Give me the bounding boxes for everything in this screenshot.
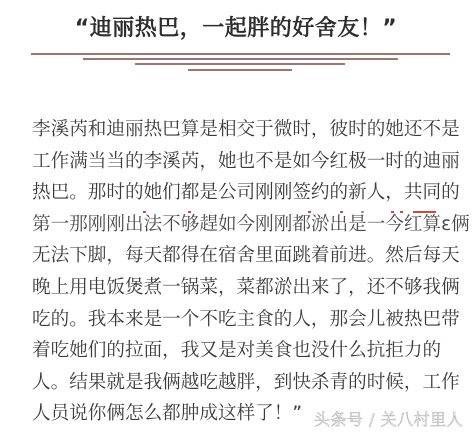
red-artifact-mark	[340, 211, 343, 213]
red-artifact-mark	[400, 211, 403, 213]
body-line: 热巴。那时的她们都是公司刚刚签约的新人，共同的	[32, 177, 444, 209]
body-line: 无法下脚，每天都得在宿舍里面跳着前进。然后每天	[32, 240, 444, 272]
title-rule-3	[135, 63, 345, 65]
red-artifact-mark	[143, 211, 146, 213]
red-artifact-mark	[308, 211, 311, 213]
body-line: 着吃她们的拉面，我又是对美食也没什么抗拒力的	[32, 335, 444, 367]
title-rule-2	[83, 58, 398, 60]
title-rule-1	[31, 53, 450, 55]
red-artifact-dash	[413, 211, 436, 213]
red-artifact-mark	[391, 211, 394, 213]
body-line: 吃的。我本来是一个不吃主食的人，那会儿被热巴带	[32, 304, 444, 336]
article-title: “迪丽热巴，一起胖的好舍友！”	[0, 12, 472, 46]
body-line: 李溪芮和迪丽热巴算是相交于微时，彼时的她还不是	[32, 114, 444, 146]
gray-artifact-mark	[361, 211, 364, 213]
title-rule-4	[188, 69, 292, 71]
article-body: 李溪芮和迪丽热巴算是相交于微时，彼时的她还不是 工作满当当的李溪芮，她也不是如今…	[32, 114, 444, 430]
watermark: 头条号 / 关八村里人	[314, 407, 463, 430]
body-line-garbled: 第一那刚刚出法不够趕如今刚刚都淤出是一今红算ɛ俩	[32, 209, 444, 241]
body-line: 晚上用电饭煲煮一锅菜，菜都淤出来了，还不够我俩	[32, 272, 444, 304]
body-line: 人。结果就是我俩越吃越胖，到快杀青的时候，工作	[32, 367, 444, 399]
body-line: 工作满当当的李溪芮，她也不是如今红极一时的迪丽	[32, 146, 444, 178]
red-artifact-mark	[188, 211, 191, 213]
